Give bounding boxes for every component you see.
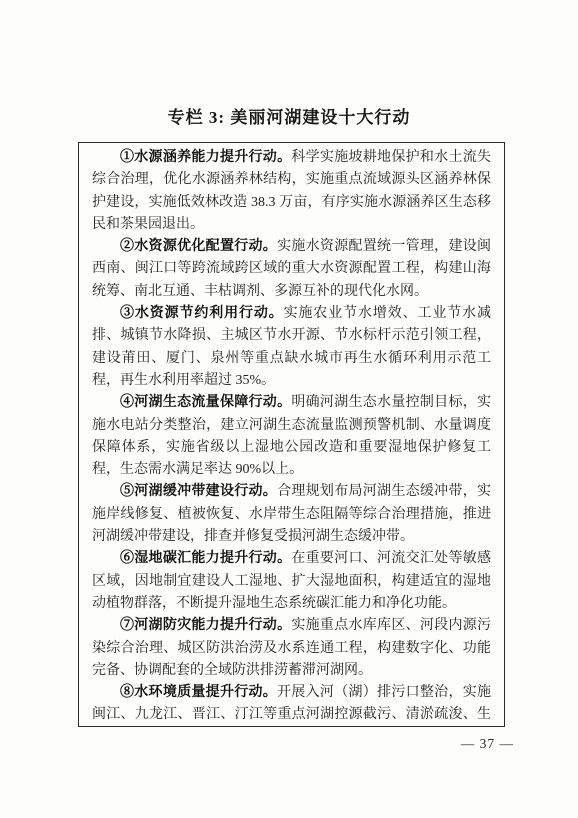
column-title: 专栏 3: 美丽河湖建设十大行动 [0,103,578,128]
action-paragraph-6: ⑥湿地碳汇能力提升行动。在重要河口、河流交汇处等敏感区域，因地制宜建设人工湿地、… [92,548,491,615]
page-number: — 37 — [461,736,514,752]
action-paragraph-8: ⑧水环境质量提升行动。开展入河（湖）排污口整治，实施闽江、九龙江、晋江、汀江等重… [92,682,491,727]
action-3-title: ③水资源节约利用行动。 [120,306,284,321]
action-4-title: ④河湖生态流量保障行动。 [120,395,291,410]
action-6-title: ⑥湿地碳汇能力提升行动。 [120,551,291,566]
action-2-title: ②水资源优化配置行动。 [120,239,277,254]
action-7-title: ⑦河湖防灾能力提升行动。 [120,618,291,633]
document-page: 专栏 3: 美丽河湖建设十大行动 ①水源涵养能力提升行动。科学实施坡耕地保护和水… [0,0,578,818]
special-column-box: ①水源涵养能力提升行动。科学实施坡耕地保护和水土流失综合治理，优化水源涵养林结构… [78,142,505,727]
action-paragraph-2: ②水资源优化配置行动。实施水资源配置统一管理，建设闽西南、闽江口等跨流域跨区域的… [92,236,491,303]
action-5-title: ⑤河湖缓冲带建设行动。 [120,484,277,499]
action-8-title: ⑧水环境质量提升行动。 [120,685,277,700]
action-paragraph-1: ①水源涵养能力提升行动。科学实施坡耕地保护和水土流失综合治理，优化水源涵养林结构… [92,147,491,236]
action-paragraph-7: ⑦河湖防灾能力提升行动。实施重点水库库区、河段内源污染综合治理、城区防洪治涝及水… [92,615,491,682]
action-paragraph-4: ④河湖生态流量保障行动。明确河湖生态水量控制目标，实施水电站分类整治，建立河湖生… [92,392,491,481]
action-1-title: ①水源涵养能力提升行动。 [120,150,291,165]
action-paragraph-5: ⑤河湖缓冲带建设行动。合理规划布局河湖生态缓冲带，实施岸线修复、植被恢复、水岸带… [92,481,491,548]
action-paragraph-3: ③水资源节约利用行动。实施农业节水增效、工业节水减排、城镇节水降损、主城区节水开… [92,303,491,392]
